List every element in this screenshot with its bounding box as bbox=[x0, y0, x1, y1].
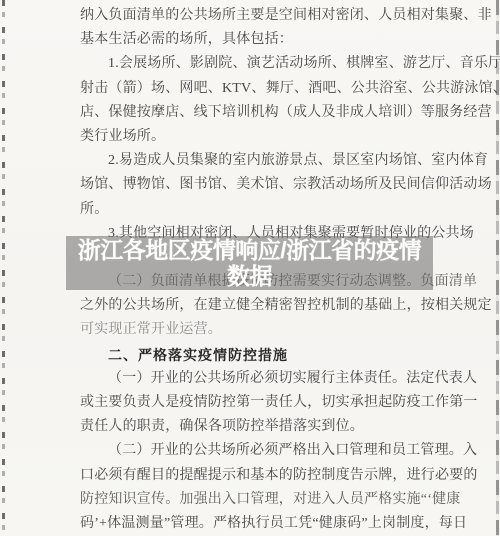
document-page: 纳入负面清单的公共场所主要是空间相对密闭、人员相对集聚、非 基本生活必需的场所，… bbox=[0, 0, 500, 536]
document-line: 码’+体温测量”管理。严格执行员工凭“健康码”上岗制度，每日 bbox=[80, 512, 436, 536]
document-line: 1.会展场所、影剧院、演艺活动场所、棋牌室、游艺厅、音乐厅、 bbox=[80, 52, 436, 76]
document-line: 防控知识宣传。加强出入口管理，对进入人员严格实施“‘健康 bbox=[80, 488, 436, 512]
document-line: （一）开业的公共场所必须切实履行主体责任。法定代表人 bbox=[80, 367, 436, 391]
document-line: 2.易造成人员集聚的室内旅游景点、景区室内场馆、室内体育 bbox=[80, 149, 436, 173]
document-line: 店、保健按摩店、线下培训机构（成人及非成人培训）等服务经营 bbox=[80, 101, 436, 125]
document-line: 之外的公共场所，在建立健全精密智控机制的基础上，按相关规定 bbox=[80, 294, 436, 318]
document-line: 场馆、博物馆、图书馆、美术馆、宗教活动场所及民间信仰活动场 bbox=[80, 173, 436, 197]
document-line: 基本生活必需的场所，具体包括： bbox=[80, 28, 436, 52]
document-line: 可实现正常开业运营。 bbox=[80, 318, 436, 342]
document-line: （二）开业的公共场所必须严格出入口管理和员工管理。入 bbox=[80, 439, 436, 463]
scan-left-edge-artifact bbox=[2, 0, 5, 536]
document-line: 纳入负面清单的公共场所主要是空间相对密闭、人员相对集聚、非 bbox=[80, 4, 436, 28]
headline-overlay-banner: 浙江各地区疫情响应/浙江省的疫情 数据 bbox=[66, 236, 433, 290]
section-heading: 二、严格落实疫情防控措施 bbox=[80, 343, 436, 367]
document-line: 类行业场所。 bbox=[80, 125, 436, 149]
document-line: 所。 bbox=[80, 198, 436, 222]
document-line: 射击（箭）场、网吧、KTV、舞厅、酒吧、公共浴室、公共游泳馆、足浴 bbox=[80, 77, 436, 101]
document-line: 责任人的职责，确保各项防控举措落实到位。 bbox=[80, 415, 436, 439]
document-line: 或主要负责人是疫情防控第一责任人，切实承担起防疫工作第一 bbox=[80, 391, 436, 415]
headline-text-line1: 浙江各地区疫情响应/浙江省的疫情 bbox=[78, 237, 421, 263]
document-line: 口必须有醒目的提醒提示和基本的防控制度告示牌，进行必要的 bbox=[80, 464, 436, 488]
headline-text-line2: 数据 bbox=[227, 263, 272, 289]
